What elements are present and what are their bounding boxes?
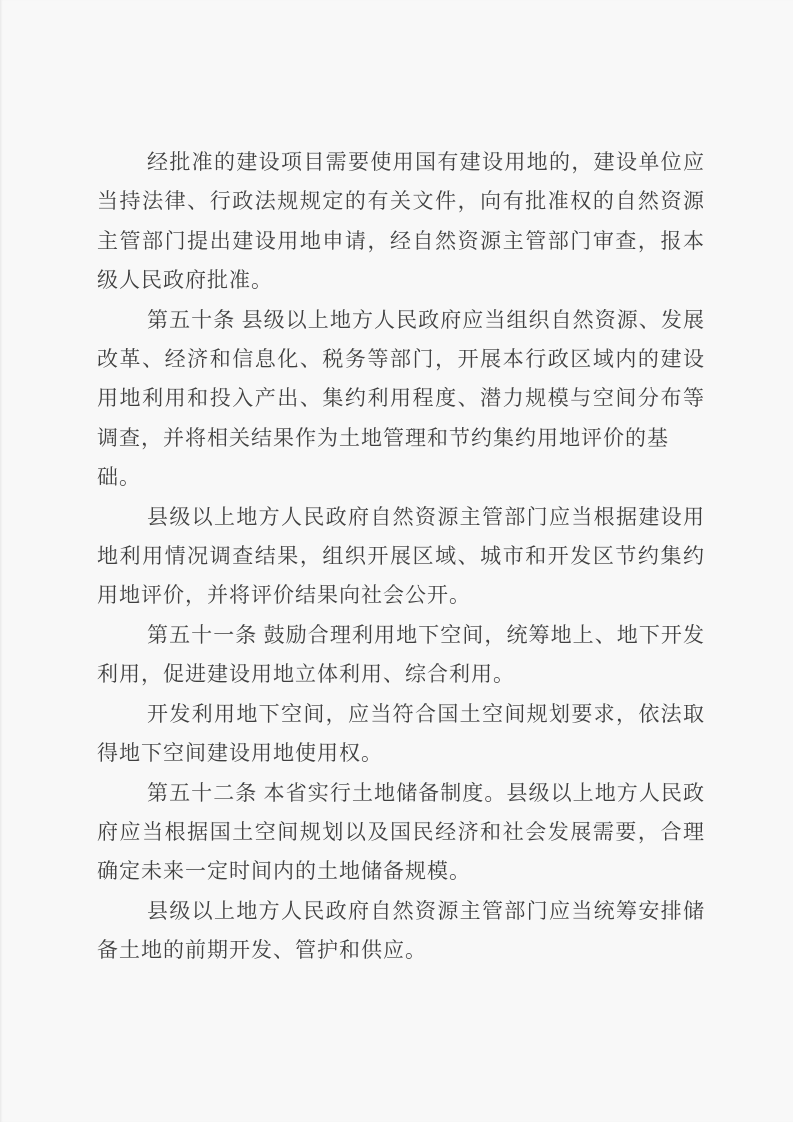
text-line: 地利用情况调查结果，组织开展区域、城市和开发区节约集约 xyxy=(97,537,705,576)
text-line: 础。 xyxy=(97,458,705,497)
paragraph: 经批准的建设项目需要使用国有建设用地的，建设单位应 当持法律、行政法规规定的有关… xyxy=(97,143,705,301)
paragraph: 开发利用地下空间，应当符合国土空间规划要求，依法取 得地下空间建设用地使用权。 xyxy=(97,695,705,774)
text-line: 主管部门提出建设用地申请，经自然资源主管部门审查，报本 xyxy=(97,222,705,261)
text-line: 用地评价，并将评价结果向社会公开。 xyxy=(97,576,705,615)
text-line: 县级以上地方人民政府自然资源主管部门应当统筹安排储 xyxy=(97,892,705,931)
text-line: 当持法律、行政法规规定的有关文件，向有批准权的自然资源 xyxy=(97,182,705,221)
paragraph: 县级以上地方人民政府自然资源主管部门应当根据建设用 地利用情况调查结果，组织开展… xyxy=(97,498,705,616)
text-line: 府应当根据国土空间规划以及国民经济和社会发展需要，合理 xyxy=(97,813,705,852)
text-line: 经批准的建设项目需要使用国有建设用地的，建设单位应 xyxy=(97,143,705,182)
text-line: 备土地的前期开发、管护和供应。 xyxy=(97,931,705,970)
paragraph-article-50: 第五十条 县级以上地方人民政府应当组织自然资源、发展 改革、经济和信息化、税务等… xyxy=(97,301,705,498)
text-line: 开发利用地下空间，应当符合国土空间规划要求，依法取 xyxy=(97,695,705,734)
document-page: 经批准的建设项目需要使用国有建设用地的，建设单位应 当持法律、行政法规规定的有关… xyxy=(0,0,793,1122)
text-line: 第五十一条 鼓励合理利用地下空间，统筹地上、地下开发 xyxy=(97,616,705,655)
text-line: 第五十条 县级以上地方人民政府应当组织自然资源、发展 xyxy=(97,301,705,340)
text-line: 第五十二条 本省实行土地储备制度。县级以上地方人民政 xyxy=(97,774,705,813)
text-line: 改革、经济和信息化、税务等部门，开展本行政区域内的建设 xyxy=(97,340,705,379)
paragraph-article-51: 第五十一条 鼓励合理利用地下空间，统筹地上、地下开发 利用，促进建设用地立体利用… xyxy=(97,616,705,695)
text-line: 利用，促进建设用地立体利用、综合利用。 xyxy=(97,655,705,694)
text-line: 确定未来一定时间内的土地储备规模。 xyxy=(97,852,705,891)
text-line: 级人民政府批准。 xyxy=(97,261,705,300)
paragraph: 县级以上地方人民政府自然资源主管部门应当统筹安排储 备土地的前期开发、管护和供应… xyxy=(97,892,705,971)
text-line: 县级以上地方人民政府自然资源主管部门应当根据建设用 xyxy=(97,498,705,537)
text-line: 调查，并将相关结果作为土地管理和节约集约用地评价的基 xyxy=(97,419,705,458)
paragraph-article-52: 第五十二条 本省实行土地储备制度。县级以上地方人民政 府应当根据国土空间规划以及… xyxy=(97,774,705,892)
document-text: 经批准的建设项目需要使用国有建设用地的，建设单位应 当持法律、行政法规规定的有关… xyxy=(97,143,705,971)
text-line: 用地利用和投入产出、集约利用程度、潜力规模与空间分布等 xyxy=(97,379,705,418)
text-line: 得地下空间建设用地使用权。 xyxy=(97,734,705,773)
